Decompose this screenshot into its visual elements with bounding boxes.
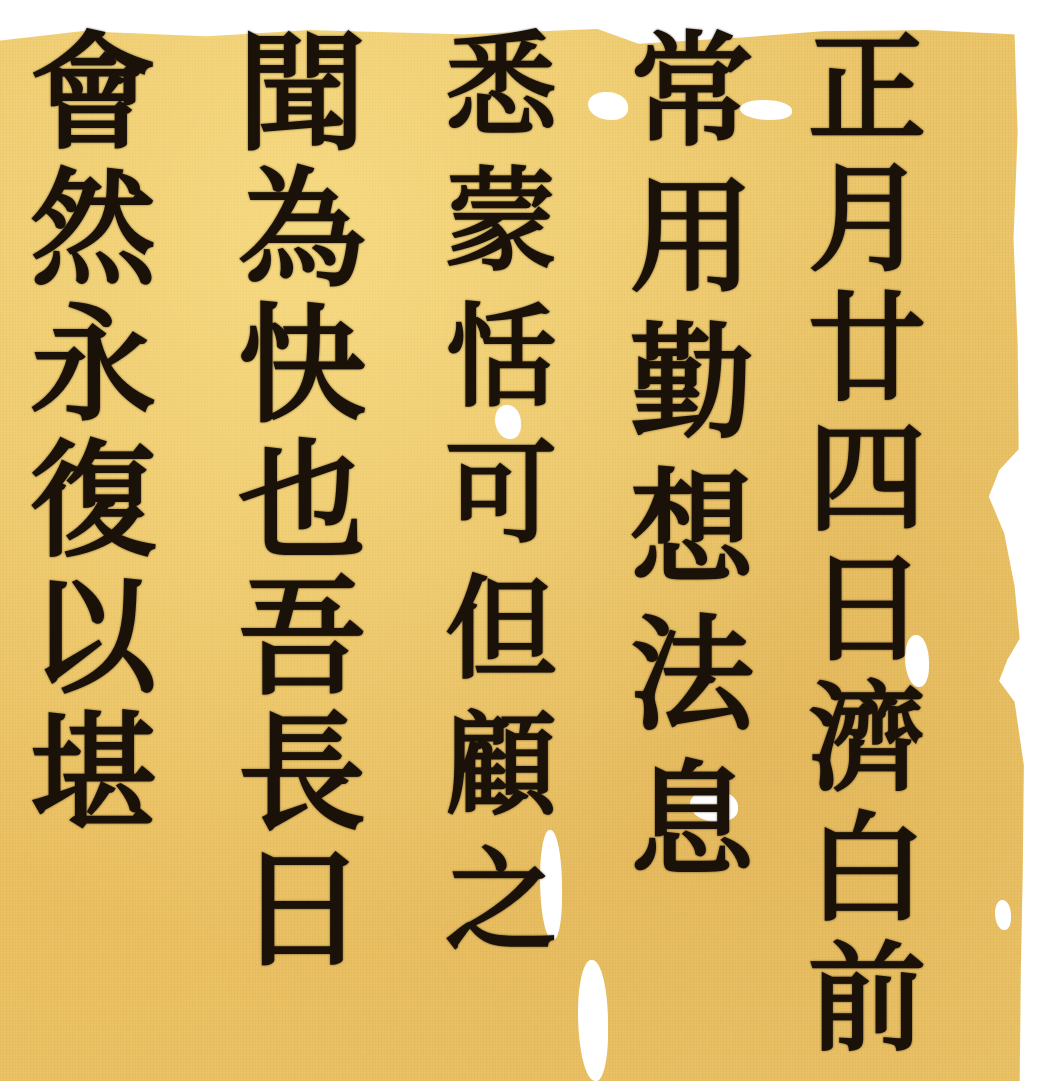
- character: 想: [630, 468, 754, 592]
- character: 月: [808, 160, 926, 278]
- character: 正: [808, 30, 926, 148]
- character: 日: [808, 550, 926, 668]
- character: 吾: [238, 574, 366, 702]
- character: 顧: [445, 710, 557, 822]
- character: 悉: [445, 30, 557, 142]
- text-column-5: 會 然 永 復 以 堪: [30, 30, 156, 846]
- character: 法: [630, 614, 754, 738]
- character: 但: [445, 574, 557, 686]
- character: 快: [238, 302, 366, 430]
- character: 會: [30, 30, 156, 156]
- character: 白: [808, 810, 926, 928]
- paper-hole: [995, 900, 1011, 930]
- character: 也: [238, 438, 366, 566]
- character: 為: [238, 166, 366, 294]
- character: 之: [445, 846, 557, 958]
- character: 息: [630, 760, 754, 884]
- character: 聞: [238, 30, 366, 158]
- text-column-2: 常 用 勤 想 法 息: [630, 30, 754, 906]
- text-column-3: 悉 蒙 恬 可 但 顧 之: [445, 30, 557, 982]
- character: 濟: [808, 680, 926, 798]
- text-column-1: 正 月 廿 四 日 濟 白 前: [808, 30, 926, 1070]
- character: 可: [445, 438, 557, 550]
- character: 日: [238, 846, 366, 974]
- character: 恬: [445, 302, 557, 414]
- character: 四: [808, 420, 926, 538]
- text-column-4: 聞 為 快 也 吾 長 日: [238, 30, 366, 982]
- character: 蒙: [445, 166, 557, 278]
- character: 長: [238, 710, 366, 838]
- character: 復: [30, 438, 156, 564]
- character: 廿: [808, 290, 926, 408]
- character: 堪: [30, 710, 156, 836]
- character: 以: [30, 574, 156, 700]
- character: 常: [630, 30, 754, 154]
- character: 然: [30, 166, 156, 292]
- character: 永: [30, 302, 156, 428]
- manuscript-photo: 正 月 廿 四 日 濟 白 前 常 用 勤 想 法 息 悉 蒙 恬 可 但 顧 …: [0, 0, 1055, 1081]
- character: 勤: [630, 322, 754, 446]
- character: 前: [808, 940, 926, 1058]
- character: 用: [630, 176, 754, 300]
